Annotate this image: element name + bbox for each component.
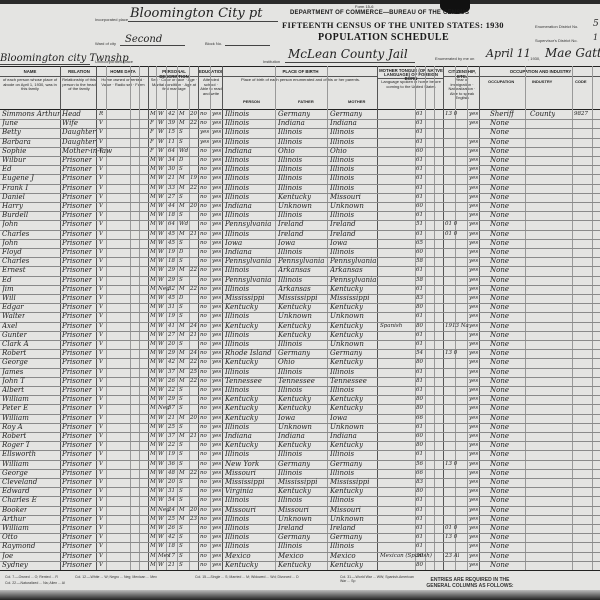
marital-cell: S bbox=[179, 257, 183, 266]
school-cell: no bbox=[200, 184, 207, 193]
mother-birthplace-cell: Kentucky bbox=[330, 285, 363, 294]
race-cell: W bbox=[158, 423, 164, 432]
relation-cell: Prisoner bbox=[62, 230, 92, 239]
literacy-cell: yes bbox=[212, 322, 221, 331]
tongue-code-cell: 66 bbox=[416, 469, 423, 478]
race-cell: W bbox=[158, 414, 164, 423]
literacy-cell: yes bbox=[212, 552, 221, 561]
home-tenure-cell: V bbox=[99, 174, 103, 183]
birthplace-cell: Illinois bbox=[225, 515, 249, 524]
school-cell: no bbox=[200, 460, 207, 469]
english-cell: yes bbox=[469, 322, 478, 331]
sex-cell: M bbox=[150, 110, 156, 119]
marital-cell: D bbox=[179, 156, 183, 165]
home-tenure-cell: V bbox=[99, 331, 103, 340]
age-cell: 31 bbox=[168, 487, 175, 496]
relation-cell: Prisoner bbox=[62, 524, 92, 533]
age-at-marriage-cell: 20 bbox=[190, 110, 197, 119]
mother-birthplace-cell: Illinois bbox=[330, 496, 354, 505]
age-cell: 15 bbox=[168, 128, 175, 137]
mother-birthplace-cell: Kentucky bbox=[330, 441, 363, 450]
age-cell: 29 bbox=[168, 276, 175, 285]
birthplace-cell: Mississippi bbox=[225, 294, 264, 303]
school-cell: no bbox=[200, 552, 207, 561]
mother-birthplace-cell: Illinois bbox=[330, 156, 354, 165]
supervisor-district-label: Supervisor's District No. bbox=[535, 38, 578, 43]
father-birthplace-cell: Germany bbox=[278, 349, 310, 358]
age-cell: 41 bbox=[168, 322, 175, 331]
home-tenure-cell: V bbox=[99, 248, 103, 257]
relation-cell: Prisoner bbox=[62, 533, 92, 542]
block-line bbox=[225, 45, 270, 46]
race-cell: W bbox=[158, 257, 164, 266]
marital-cell: M bbox=[179, 285, 185, 294]
birthplace-cell: Illinois bbox=[225, 119, 249, 128]
marital-cell: S bbox=[179, 138, 183, 147]
immigration-cell: 13 0 bbox=[445, 533, 457, 542]
tongue-code-cell: 80 bbox=[416, 561, 423, 570]
mother-birthplace-cell: Illinois bbox=[330, 248, 354, 257]
age-cell: 44 bbox=[168, 202, 175, 211]
occupation-cell: None bbox=[490, 119, 509, 128]
relation-cell: Prisoner bbox=[62, 450, 92, 459]
mother-birthplace-cell: Unknown bbox=[330, 202, 364, 211]
literacy-cell: yes bbox=[212, 395, 221, 404]
literacy-cell: yes bbox=[212, 386, 221, 395]
school-cell: no bbox=[200, 303, 207, 312]
sex-cell: M bbox=[150, 266, 156, 275]
name-cell: Robert bbox=[2, 432, 26, 441]
literacy-cell: yes bbox=[212, 368, 221, 377]
father-birthplace-cell: Illinois bbox=[278, 248, 302, 257]
col-citizenship-title: CITIZENSHIP, ETC. bbox=[444, 67, 480, 77]
marital-cell: D bbox=[179, 294, 183, 303]
mother-birthplace-cell: Indiana bbox=[330, 119, 357, 128]
father-birthplace-cell: Illinois bbox=[278, 174, 302, 183]
occupation-cell: None bbox=[490, 552, 509, 561]
home-tenure-cell: V bbox=[99, 533, 103, 542]
marital-cell: S bbox=[179, 404, 183, 413]
mother-birthplace-cell: Unknown bbox=[330, 312, 364, 321]
father-birthplace-cell: Illinois bbox=[278, 165, 302, 174]
tongue-code-cell: 60 bbox=[416, 248, 423, 257]
literacy-cell: yes bbox=[212, 496, 221, 505]
relation-cell: Prisoner bbox=[62, 184, 92, 193]
marital-cell: S bbox=[179, 478, 183, 487]
col-occupation: OCCUPATION AND INDUSTRY OCCUPATION INDUS… bbox=[479, 67, 600, 109]
english-cell: yes bbox=[469, 110, 478, 119]
literacy-cell: yes bbox=[212, 349, 221, 358]
english-cell: yes bbox=[469, 404, 478, 413]
relation-cell: Prisoner bbox=[62, 276, 92, 285]
literacy-cell: yes bbox=[212, 561, 221, 570]
home-tenure-cell: V bbox=[99, 487, 103, 496]
mother-birthplace-cell: Missouri bbox=[330, 506, 361, 515]
name-cell: Albert bbox=[2, 386, 24, 395]
tongue-code-cell: 61 bbox=[416, 211, 423, 220]
english-cell: yes bbox=[469, 358, 478, 367]
marital-cell: S bbox=[179, 386, 183, 395]
school-cell: no bbox=[200, 414, 207, 423]
english-cell: yes bbox=[469, 524, 478, 533]
sex-cell: M bbox=[150, 506, 156, 515]
literacy-cell: yes bbox=[212, 128, 221, 137]
home-tenure-cell: V bbox=[99, 211, 103, 220]
race-cell: W bbox=[158, 202, 164, 211]
school-cell: no bbox=[200, 432, 207, 441]
marital-cell: S bbox=[179, 441, 183, 450]
age-cell: 54 bbox=[168, 496, 175, 505]
col-father-label: FATHER bbox=[298, 99, 314, 104]
father-birthplace-cell: Kentucky bbox=[278, 487, 311, 496]
name-cell: Ellsworth bbox=[2, 450, 36, 459]
race-cell: W bbox=[158, 312, 164, 321]
home-tenure-cell: V bbox=[99, 276, 103, 285]
name-cell: Otto bbox=[2, 533, 18, 542]
birthplace-cell: Illinois bbox=[225, 174, 249, 183]
home-tenure-cell: V bbox=[99, 561, 103, 570]
mother-birthplace-cell: Illinois bbox=[330, 165, 354, 174]
home-tenure-cell: V bbox=[99, 303, 103, 312]
school-cell: no bbox=[200, 257, 207, 266]
tongue-code-cell: 58 bbox=[416, 257, 423, 266]
father-birthplace-cell: Illinois bbox=[278, 469, 302, 478]
age-cell: 45 bbox=[168, 230, 175, 239]
sex-cell: M bbox=[150, 248, 156, 257]
occupation-cell: None bbox=[490, 395, 509, 404]
mother-birthplace-cell: Kentucky bbox=[330, 322, 363, 331]
occupation-cell: None bbox=[490, 147, 509, 156]
father-birthplace-cell: Ohio bbox=[278, 147, 295, 156]
marital-cell: S bbox=[179, 193, 183, 202]
school-cell: no bbox=[200, 202, 207, 211]
literacy-cell: yes bbox=[212, 340, 221, 349]
english-cell: yes bbox=[469, 561, 478, 570]
english-cell: yes bbox=[469, 478, 478, 487]
relation-cell: Prisoner bbox=[62, 211, 92, 220]
literacy-cell: yes bbox=[212, 414, 221, 423]
literacy-cell: yes bbox=[212, 331, 221, 340]
immigration-cell: 01 0 bbox=[445, 230, 457, 239]
tongue-code-cell: 83 bbox=[416, 294, 423, 303]
mother-tongue-cell: Spanish bbox=[380, 322, 402, 331]
father-birthplace-cell: Unknown bbox=[278, 202, 312, 211]
tongue-code-cell: 61 bbox=[416, 533, 423, 542]
form-number: Form 15-6 bbox=[355, 4, 373, 9]
birthplace-cell: New York bbox=[225, 460, 259, 469]
race-cell: W bbox=[158, 119, 164, 128]
occupation-cell: None bbox=[490, 432, 509, 441]
sex-cell: M bbox=[150, 285, 156, 294]
age-cell: 27 bbox=[168, 193, 175, 202]
immigration-cell: 13 0 bbox=[445, 460, 457, 469]
mother-birthplace-cell: Mississippi bbox=[330, 294, 369, 303]
immigration-cell: 13 0 bbox=[445, 110, 457, 119]
english-cell: yes bbox=[469, 386, 478, 395]
marital-cell: S bbox=[179, 542, 183, 551]
col-home-data: HOME DATA Home owned or rented · Value ·… bbox=[96, 67, 149, 109]
school-cell: no bbox=[200, 220, 207, 229]
enumerated-year: , 1930, bbox=[528, 56, 540, 61]
occupation-cell: None bbox=[490, 128, 509, 137]
school-cell: no bbox=[200, 404, 207, 413]
marital-cell: S bbox=[179, 552, 183, 561]
name-cell: William bbox=[2, 460, 29, 469]
name-cell: Eugene J bbox=[2, 174, 34, 183]
relation-cell: Prisoner bbox=[62, 322, 92, 331]
marital-cell: S bbox=[179, 450, 183, 459]
name-cell: Ed bbox=[2, 165, 12, 174]
sex-cell: M bbox=[150, 202, 156, 211]
tongue-code-cell: 61 bbox=[416, 506, 423, 515]
school-cell: no bbox=[200, 211, 207, 220]
sex-cell: M bbox=[150, 230, 156, 239]
relation-cell: Prisoner bbox=[62, 340, 92, 349]
marital-cell: S bbox=[179, 460, 183, 469]
race-cell: W bbox=[158, 450, 164, 459]
sex-cell: M bbox=[150, 239, 156, 248]
marital-cell: M bbox=[179, 322, 185, 331]
home-tenure-cell: V bbox=[99, 230, 103, 239]
mother-birthplace-cell: Ireland bbox=[330, 524, 356, 533]
relation-cell: Prisoner bbox=[62, 414, 92, 423]
english-cell: yes bbox=[469, 432, 478, 441]
institution-value: McLean County Jail bbox=[288, 47, 408, 61]
father-birthplace-cell: Illinois bbox=[278, 368, 302, 377]
school-cell: no bbox=[200, 248, 207, 257]
census-title: FIFTEENTH CENSUS OF THE UNITED STATES: 1… bbox=[282, 20, 504, 30]
literacy-cell: yes bbox=[212, 515, 221, 524]
footer-note: Col. 31.—World War ... WW; Spanish-Ameri… bbox=[340, 575, 420, 583]
school-cell: no bbox=[200, 386, 207, 395]
age-at-marriage-cell: 22 bbox=[190, 358, 197, 367]
relation-cell: Prisoner bbox=[62, 257, 92, 266]
literacy-cell: yes bbox=[212, 478, 221, 487]
age-cell: 17 bbox=[168, 552, 175, 561]
sex-cell: M bbox=[150, 349, 156, 358]
relation-cell: Prisoner bbox=[62, 312, 92, 321]
tongue-code-cell: 81 bbox=[416, 377, 423, 386]
occupation-cell: None bbox=[490, 248, 509, 257]
age-cell: 21 bbox=[168, 561, 175, 570]
col-name-title: NAME bbox=[0, 67, 60, 77]
relation-cell: Prisoner bbox=[62, 303, 92, 312]
father-birthplace-cell: Mississippi bbox=[278, 294, 317, 303]
tongue-code-cell: 61 bbox=[416, 119, 423, 128]
birthplace-cell: Illinois bbox=[225, 184, 249, 193]
father-birthplace-cell: Germany bbox=[278, 110, 310, 119]
occupation-cell: None bbox=[490, 414, 509, 423]
mother-birthplace-cell: Kentucky bbox=[330, 395, 363, 404]
occupation-cell: None bbox=[490, 450, 509, 459]
footer-entries-title: ENTRIES ARE REQUIRED IN THE GENERAL COLU… bbox=[425, 577, 515, 589]
tongue-code-cell: 80 bbox=[416, 322, 423, 331]
father-birthplace-cell: Illinois bbox=[278, 542, 302, 551]
mother-birthplace-cell: Unknown bbox=[330, 515, 364, 524]
age-cell: 18 bbox=[168, 542, 175, 551]
footer-note: Col. 7.—Owned ... O; Rented ... R bbox=[5, 575, 58, 579]
sex-cell: M bbox=[150, 432, 156, 441]
tongue-code-cell: 60 bbox=[416, 202, 423, 211]
birthplace-cell: Virginia bbox=[225, 487, 253, 496]
literacy-cell: yes bbox=[212, 358, 221, 367]
race-cell: W bbox=[158, 211, 164, 220]
occupation-cell: None bbox=[490, 285, 509, 294]
name-cell: Roger T bbox=[2, 441, 30, 450]
english-cell: yes bbox=[469, 165, 478, 174]
tongue-code-cell: 54 bbox=[416, 349, 423, 358]
home-tenure-cell: V bbox=[99, 414, 103, 423]
tongue-code-cell: 61 bbox=[416, 128, 423, 137]
mother-birthplace-cell: Illinois bbox=[330, 174, 354, 183]
tongue-code-cell: 65 bbox=[416, 239, 423, 248]
immigration-cell: 23 Al bbox=[445, 552, 459, 561]
name-cell: Floyd bbox=[2, 248, 22, 257]
birthplace-cell: Illinois bbox=[225, 533, 249, 542]
age-cell: 22 bbox=[168, 386, 175, 395]
school-cell: no bbox=[200, 174, 207, 183]
age-cell: 36 bbox=[168, 460, 175, 469]
english-cell: yes bbox=[469, 211, 478, 220]
race-cell: W bbox=[158, 478, 164, 487]
tongue-code-cell: 80 bbox=[416, 358, 423, 367]
occupation-cell: Sheriff bbox=[490, 110, 514, 119]
age-cell: 34 bbox=[168, 156, 175, 165]
school-cell: yes bbox=[200, 138, 209, 147]
home-tenure-cell: V bbox=[99, 138, 103, 147]
occupation-cell: None bbox=[490, 303, 509, 312]
incorporated-place-line bbox=[128, 21, 278, 22]
literacy-cell: yes bbox=[212, 239, 221, 248]
age-cell: 22 bbox=[168, 441, 175, 450]
father-birthplace-cell: Unknown bbox=[278, 515, 312, 524]
col-person-label: PERSON bbox=[243, 99, 260, 104]
marital-cell: M bbox=[179, 110, 185, 119]
relation-cell: Prisoner bbox=[62, 478, 92, 487]
marital-cell: M bbox=[179, 506, 185, 515]
col-birthplace-desc: Place of birth of each person enumerated… bbox=[223, 77, 378, 84]
school-cell: no bbox=[200, 165, 207, 174]
occupation-cell: None bbox=[490, 211, 509, 220]
literacy-cell: yes bbox=[212, 524, 221, 533]
home-tenure-cell: V bbox=[99, 220, 103, 229]
father-birthplace-cell: Ireland bbox=[278, 220, 304, 229]
literacy-cell: yes bbox=[212, 377, 221, 386]
name-cell: Sophie bbox=[2, 147, 26, 156]
race-cell: W bbox=[158, 165, 164, 174]
enumerated-label: Enumerated by me on bbox=[435, 56, 474, 61]
birthplace-cell: Illinois bbox=[225, 386, 249, 395]
home-tenure-cell: V bbox=[99, 349, 103, 358]
age-at-marriage-cell: 19 bbox=[190, 174, 197, 183]
name-cell: Arthur bbox=[2, 515, 26, 524]
birthplace-cell: Mexico bbox=[225, 552, 251, 561]
tongue-code-cell: 61 bbox=[416, 368, 423, 377]
age-cell: 25 bbox=[168, 515, 175, 524]
name-cell: Axel bbox=[2, 322, 17, 331]
english-cell: yes bbox=[469, 248, 478, 257]
relation-cell: Prisoner bbox=[62, 156, 92, 165]
institution-line bbox=[285, 62, 415, 63]
father-birthplace-cell: Ohio bbox=[278, 358, 295, 367]
occupation-cell: None bbox=[490, 312, 509, 321]
english-cell: yes bbox=[469, 487, 478, 496]
school-cell: no bbox=[200, 266, 207, 275]
home-tenure-cell: V bbox=[99, 285, 103, 294]
race-cell: W bbox=[158, 230, 164, 239]
marital-cell: M bbox=[179, 174, 185, 183]
sex-cell: M bbox=[150, 478, 156, 487]
name-cell: Ed bbox=[2, 276, 12, 285]
literacy-cell: yes bbox=[212, 184, 221, 193]
mother-birthplace-cell: Kentucky bbox=[330, 404, 363, 413]
literacy-cell: yes bbox=[212, 542, 221, 551]
name-cell: William bbox=[2, 414, 29, 423]
mother-birthplace-cell: Ireland bbox=[330, 220, 356, 229]
home-tenure-cell: V bbox=[99, 469, 103, 478]
english-cell: yes bbox=[469, 460, 478, 469]
occupation-cell: None bbox=[490, 358, 509, 367]
tongue-code-cell: 58 bbox=[416, 276, 423, 285]
father-birthplace-cell: Unknown bbox=[278, 312, 312, 321]
birthplace-cell: Kentucky bbox=[225, 358, 258, 367]
birthplace-cell: Illinois bbox=[225, 423, 249, 432]
marital-cell: S bbox=[179, 395, 183, 404]
age-cell: 20 bbox=[168, 340, 175, 349]
mother-birthplace-cell: Illinois bbox=[330, 386, 354, 395]
occupation-cell: None bbox=[490, 487, 509, 496]
occupation-cell: None bbox=[490, 404, 509, 413]
age-cell: 21 bbox=[168, 174, 175, 183]
census-page: Incorporated place Bloomington City pt W… bbox=[0, 0, 600, 600]
father-birthplace-cell: Missouri bbox=[278, 506, 309, 515]
sex-cell: M bbox=[150, 542, 156, 551]
name-cell: George bbox=[2, 358, 28, 367]
marital-cell: M bbox=[179, 331, 185, 340]
father-birthplace-cell: Illinois bbox=[278, 276, 302, 285]
relation-cell: Prisoner bbox=[62, 432, 92, 441]
block-label: Block No. bbox=[205, 41, 222, 46]
name-cell: Raymond bbox=[2, 542, 35, 551]
father-birthplace-cell: Indiana bbox=[278, 432, 305, 441]
relation-cell: Prisoner bbox=[62, 239, 92, 248]
literacy-cell: yes bbox=[212, 487, 221, 496]
sex-cell: M bbox=[150, 303, 156, 312]
english-cell: yes bbox=[469, 496, 478, 505]
home-tenure-cell: V bbox=[99, 441, 103, 450]
race-cell: W bbox=[158, 432, 164, 441]
race-cell: W bbox=[158, 533, 164, 542]
marital-cell: S bbox=[179, 303, 183, 312]
name-cell: Edward bbox=[2, 487, 30, 496]
mother-birthplace-cell: Arkansas bbox=[330, 266, 363, 275]
school-cell: no bbox=[200, 276, 207, 285]
english-cell: yes bbox=[469, 441, 478, 450]
relation-cell: Prisoner bbox=[62, 193, 92, 202]
occupation-cell: None bbox=[490, 331, 509, 340]
english-cell: yes bbox=[469, 138, 478, 147]
home-tenure-cell: V bbox=[99, 257, 103, 266]
name-cell: Charles bbox=[2, 230, 29, 239]
age-cell: 18 bbox=[168, 257, 175, 266]
english-cell: yes bbox=[469, 285, 478, 294]
col-education-desc: Attended school · Able to read and write bbox=[199, 77, 223, 97]
mother-birthplace-cell: Unknown bbox=[330, 340, 364, 349]
marital-cell: S bbox=[179, 487, 183, 496]
english-cell: yes bbox=[469, 294, 478, 303]
school-cell: no bbox=[200, 331, 207, 340]
marital-cell: S bbox=[179, 239, 183, 248]
